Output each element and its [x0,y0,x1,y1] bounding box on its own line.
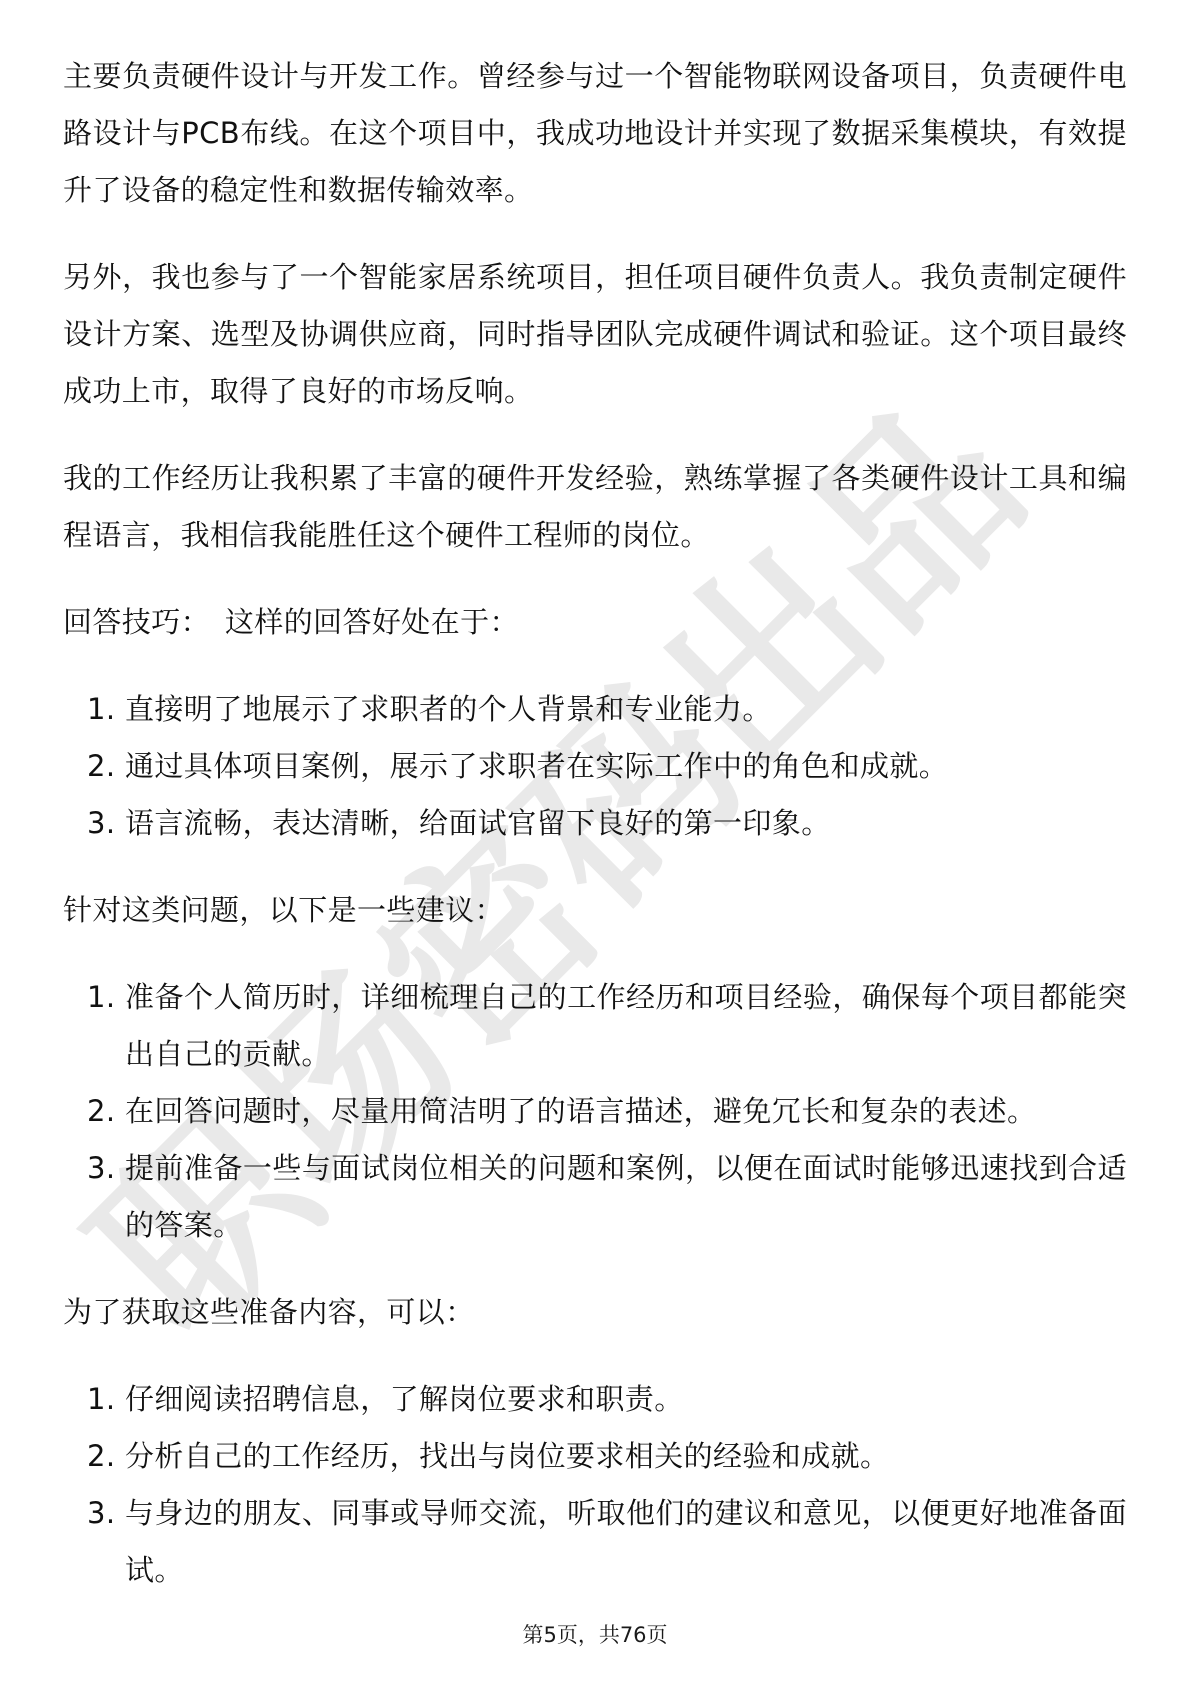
page-footer: 第5页，共76页 [0,1622,1190,1648]
list-item-number: 3. [87,795,125,852]
list-item: 3. 语言流畅，表达清晰，给面试官留下良好的第一印象。 [63,795,1127,852]
paragraph-smart-home-project: 另外，我也参与了一个智能家居系统项目，担任项目硬件负责人。我负责制定硬件设计方案… [63,249,1127,420]
paragraph-preparation-heading: 为了获取这些准备内容，可以： [63,1284,1127,1341]
list-item-text: 分析自己的工作经历，找出与岗位要求相关的经验和成就。 [125,1428,1127,1485]
list-item-number: 2. [87,1083,125,1140]
list-item: 2. 通过具体项目案例，展示了求职者在实际工作中的角色和成就。 [63,738,1127,795]
list-item-text: 直接明了地展示了求职者的个人背景和专业能力。 [125,681,1127,738]
list-item-text: 准备个人简历时，详细梳理自己的工作经历和项目经验，确保每个项目都能突出自己的贡献… [125,969,1127,1083]
list-item: 1. 直接明了地展示了求职者的个人背景和专业能力。 [63,681,1127,738]
list-item: 3. 提前准备一些与面试岗位相关的问题和案例，以便在面试时能够迅速找到合适的答案… [63,1140,1127,1254]
paragraph-summary: 我的工作经历让我积累了丰富的硬件开发经验，熟练掌握了各类硬件设计工具和编程语言，… [63,450,1127,564]
list-item: 1. 准备个人简历时，详细梳理自己的工作经历和项目经验，确保每个项目都能突出自己… [63,969,1127,1083]
list-item-text: 在回答问题时，尽量用简洁明了的语言描述，避免冗长和复杂的表述。 [125,1083,1127,1140]
list-item-number: 3. [87,1140,125,1254]
list-item: 2. 分析自己的工作经历，找出与岗位要求相关的经验和成就。 [63,1428,1127,1485]
paragraph-suggestions-heading: 针对这类问题，以下是一些建议： [63,882,1127,939]
list-item-text: 提前准备一些与面试岗位相关的问题和案例，以便在面试时能够迅速找到合适的答案。 [125,1140,1127,1254]
list-item-number: 1. [87,681,125,738]
list-item: 1. 仔细阅读招聘信息，了解岗位要求和职责。 [63,1371,1127,1428]
list-item-number: 3. [87,1485,125,1599]
page-content: 主要负责硬件设计与开发工作。曾经参与过一个智能物联网设备项目，负责硬件电路设计与… [0,0,1190,1684]
list-item-text: 语言流畅，表达清晰，给面试官留下良好的第一印象。 [125,795,1127,852]
page-number: 第5页，共76页 [522,1623,667,1647]
paragraph-experience-intro: 主要负责硬件设计与开发工作。曾经参与过一个智能物联网设备项目，负责硬件电路设计与… [63,48,1127,219]
answer-benefits-list: 1. 直接明了地展示了求职者的个人背景和专业能力。 2. 通过具体项目案例，展示… [63,681,1127,852]
list-item-text: 与身边的朋友、同事或导师交流，听取他们的建议和意见，以便更好地准备面试。 [125,1485,1127,1599]
list-item-number: 1. [87,1371,125,1428]
suggestions-list: 1. 准备个人简历时，详细梳理自己的工作经历和项目经验，确保每个项目都能突出自己… [63,969,1127,1254]
list-item: 3. 与身边的朋友、同事或导师交流，听取他们的建议和意见，以便更好地准备面试。 [63,1485,1127,1599]
document-page: 职场密码出品 主要负责硬件设计与开发工作。曾经参与过一个智能物联网设备项目，负责… [0,0,1190,1684]
list-item-number: 1. [87,969,125,1083]
preparation-list: 1. 仔细阅读招聘信息，了解岗位要求和职责。 2. 分析自己的工作经历，找出与岗… [63,1371,1127,1599]
list-item-text: 仔细阅读招聘信息，了解岗位要求和职责。 [125,1371,1127,1428]
list-item-number: 2. [87,738,125,795]
paragraph-answer-tips-heading: 回答技巧： 这样的回答好处在于： [63,594,1127,651]
list-item: 2. 在回答问题时，尽量用简洁明了的语言描述，避免冗长和复杂的表述。 [63,1083,1127,1140]
list-item-number: 2. [87,1428,125,1485]
list-item-text: 通过具体项目案例，展示了求职者在实际工作中的角色和成就。 [125,738,1127,795]
